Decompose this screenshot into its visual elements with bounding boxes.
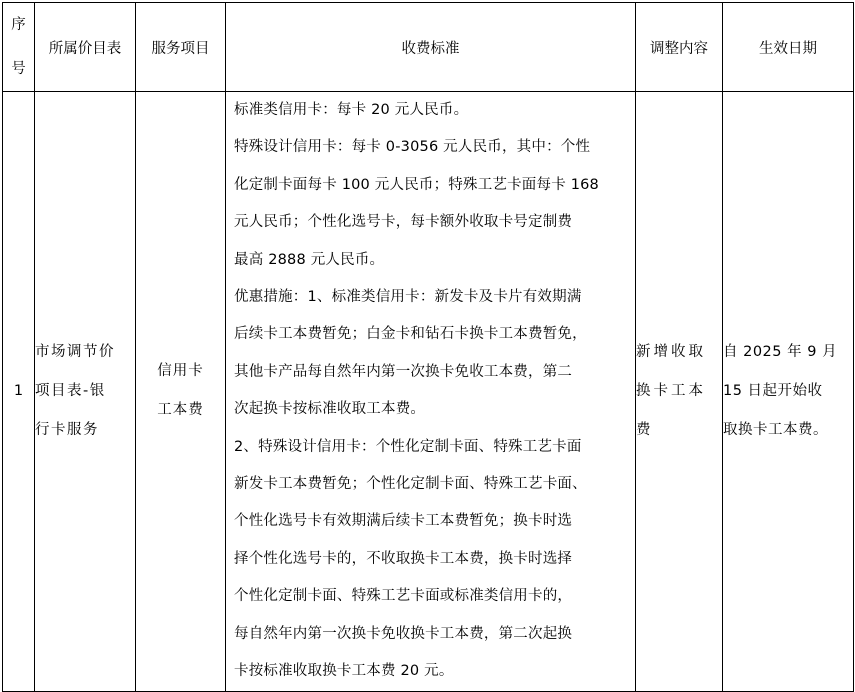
fee-standard-line: 其他卡产品每自然年内第一次换卡免收工本费，第二 bbox=[234, 354, 635, 391]
cell-adjustment: 新增收取 换卡工本 费 bbox=[636, 92, 723, 681]
fee-standard-line: 最高 2888 元人民币。 bbox=[234, 242, 635, 279]
fee-standard-line: 化定制卡面每卡 100 元人民币；特殊工艺卡面每卡 168 bbox=[234, 167, 635, 204]
cell-price-list: 市场调节价 项目表-银 行卡服务 bbox=[35, 92, 136, 681]
effective-date-line: 15 日起开始收 bbox=[723, 372, 853, 411]
cell-service-item: 信用卡 工本费 bbox=[136, 92, 226, 681]
fee-standard-line: 标准类信用卡：每卡 20 元人民币。 bbox=[234, 92, 635, 129]
fee-table: 序 号 所属价目表 服务项目 收费标准 调整内容 生效日期 1 市场调节价 项目… bbox=[2, 2, 854, 680]
cell-fee-standard: 标准类信用卡：每卡 20 元人民币。 特殊设计信用卡：每卡 0-3056 元人民… bbox=[226, 92, 636, 681]
fee-standard-line: 每自然年内第一次换卡免收换卡工本费，第二次起换 bbox=[234, 616, 635, 653]
price-list-line: 市场调节价 bbox=[35, 333, 135, 372]
header-seq-line: 号 bbox=[3, 47, 34, 91]
adjustment-line: 费 bbox=[636, 411, 722, 450]
header-seq-line: 序 bbox=[3, 3, 34, 47]
fee-standard-line: 卡按标准收取换卡工本费 20 元。 bbox=[234, 653, 635, 680]
header-fee-standard: 收费标准 bbox=[226, 3, 636, 92]
price-list-line: 项目表-银 bbox=[35, 372, 135, 411]
fee-standard-line: 2、特殊设计信用卡：个性化定制卡面、特殊工艺卡面 bbox=[234, 429, 635, 466]
service-item-line: 信用卡 bbox=[136, 352, 225, 391]
fee-standard-line: 优惠措施：1、标准类信用卡：新发卡及卡片有效期满 bbox=[234, 279, 635, 316]
fee-standard-line: 新发卡工本费暂免；个性化定制卡面、特殊工艺卡面、 bbox=[234, 466, 635, 503]
fee-standard-line: 元人民币；个性化选号卡，每卡额外收取卡号定制费 bbox=[234, 204, 635, 241]
header-adjustment: 调整内容 bbox=[636, 3, 723, 92]
header-price-list: 所属价目表 bbox=[35, 3, 136, 92]
table-header-row: 序 号 所属价目表 服务项目 收费标准 调整内容 生效日期 bbox=[3, 3, 854, 92]
fee-standard-line: 次起换卡按标准收取工本费。 bbox=[234, 391, 635, 428]
cell-seq: 1 bbox=[3, 92, 35, 681]
header-service-item: 服务项目 bbox=[136, 3, 226, 92]
cell-effective-date: 自 2025 年 9 月 15 日起开始收 取换卡工本费。 bbox=[723, 92, 854, 681]
fee-standard-line: 个性化定制卡面、特殊工艺卡面或标准类信用卡的， bbox=[234, 578, 635, 615]
effective-date-line: 自 2025 年 9 月 bbox=[723, 333, 853, 372]
fee-standard-line: 特殊设计信用卡：每卡 0-3056 元人民币，其中：个性 bbox=[234, 129, 635, 166]
header-effective-date: 生效日期 bbox=[723, 3, 854, 92]
adjustment-line: 换卡工本 bbox=[636, 372, 722, 411]
price-list-line: 行卡服务 bbox=[35, 411, 135, 450]
fee-standard-line: 个性化选号卡有效期满后续卡工本费暂免；换卡时选 bbox=[234, 503, 635, 540]
adjustment-line: 新增收取 bbox=[636, 333, 722, 372]
service-item-line: 工本费 bbox=[136, 391, 225, 430]
effective-date-line: 取换卡工本费。 bbox=[723, 411, 853, 450]
fee-standard-line: 择个性化选号卡的，不收取换卡工本费，换卡时选择 bbox=[234, 541, 635, 578]
table-row: 1 市场调节价 项目表-银 行卡服务 信用卡 工本费 标准类信用卡：每卡 20 … bbox=[3, 92, 854, 681]
header-seq: 序 号 bbox=[3, 3, 35, 92]
fee-standard-line: 后续卡工本费暂免；白金卡和钻石卡换卡工本费暂免， bbox=[234, 316, 635, 353]
